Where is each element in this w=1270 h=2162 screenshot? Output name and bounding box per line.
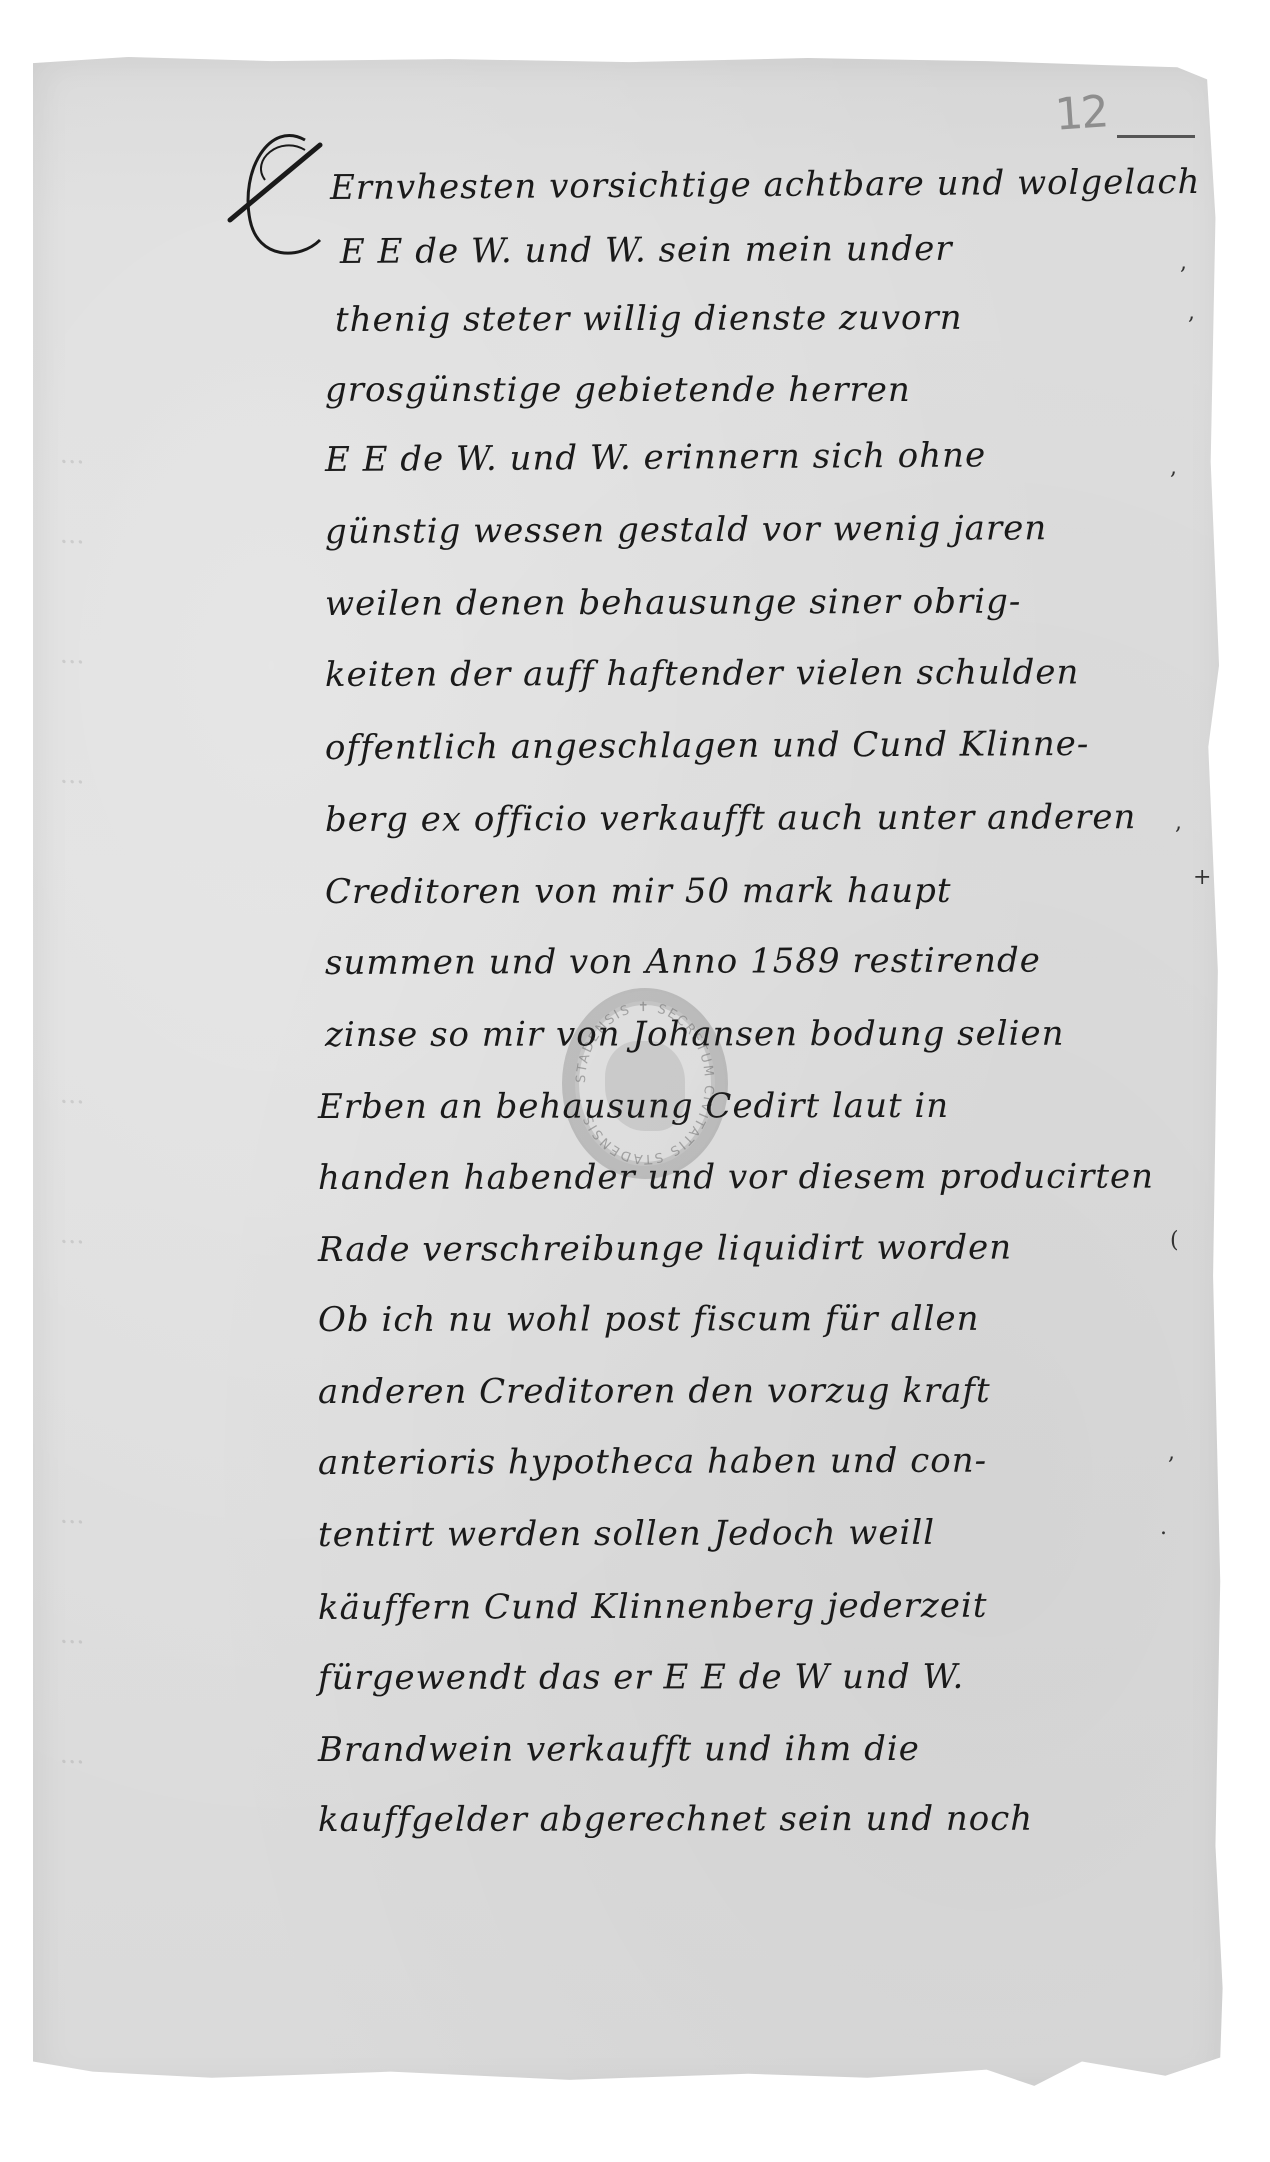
manuscript-line: Creditoren von mir 50 mark haupt — [325, 871, 952, 912]
margin-mark: , — [1188, 300, 1195, 325]
margin-mark: ( — [1170, 1228, 1179, 1253]
manuscript-line: weilen denen behausunge siner obrig- — [325, 582, 1021, 624]
manuscript-line: zinse so mir von Johansen bodung selien — [325, 1014, 1065, 1055]
margin-mark: . — [1160, 1515, 1167, 1540]
manuscript-line: Brandwein verkaufft und ihm die — [318, 1729, 920, 1770]
manuscript-line: grosgünstige gebietende herren — [325, 370, 911, 410]
manuscript-line: berg ex officio verkaufft auch unter and… — [325, 797, 1137, 840]
manuscript-line: günstig wessen gestald vor wenig jaren — [325, 508, 1047, 552]
manuscript-line: kauffgelder abgerechnet sein und noch — [318, 1799, 1033, 1840]
manuscript-line: handen habender und vor diesem producirt… — [318, 1157, 1154, 1198]
margin-mark: + — [1193, 865, 1211, 890]
manuscript-line: Rade verschreibunge liquidirt worden — [318, 1228, 1012, 1270]
manuscript-line: offentlich angeschlagen und Cund Klinne- — [325, 724, 1089, 768]
manuscript-line: E E de W. und W. erinnern sich ohne — [325, 435, 986, 480]
manuscript-line: käuffern Cund Klinnenberg jederzeit — [318, 1586, 988, 1628]
manuscript-line: summen und von Anno 1589 restirende — [325, 941, 1041, 983]
margin-mark: , — [1180, 250, 1187, 275]
manuscript-line: E E de W. und W. sein mein under — [340, 229, 953, 272]
page-number: 12 — [1053, 86, 1108, 141]
margin-mark: , — [1170, 455, 1177, 480]
page-number-underline — [1117, 135, 1195, 138]
manuscript-line: anderen Creditoren den vorzug kraft — [318, 1371, 991, 1412]
manuscript-line: fürgewendt das er E E de W und W. — [318, 1657, 964, 1698]
manuscript-line: Erben an behausung Cedirt laut in — [318, 1086, 949, 1127]
initial-flourish-icon — [210, 110, 350, 270]
manuscript-line: tentirt werden sollen Jedoch weill — [318, 1513, 935, 1555]
margin-mark: , — [1175, 810, 1182, 835]
manuscript-page — [33, 55, 1225, 2090]
manuscript-line: Ernvhesten vorsichtige achtbare und wolg… — [330, 162, 1201, 208]
manuscript-line: anterioris hypotheca haben und con- — [318, 1441, 987, 1483]
manuscript-line: Ob ich nu wohl post fiscum für allen — [318, 1299, 980, 1340]
margin-mark: , — [1168, 1440, 1175, 1465]
manuscript-line: thenig steter willig dienste zuvorn — [335, 298, 963, 340]
manuscript-line: keiten der auff haftender vielen schulde… — [325, 652, 1080, 695]
